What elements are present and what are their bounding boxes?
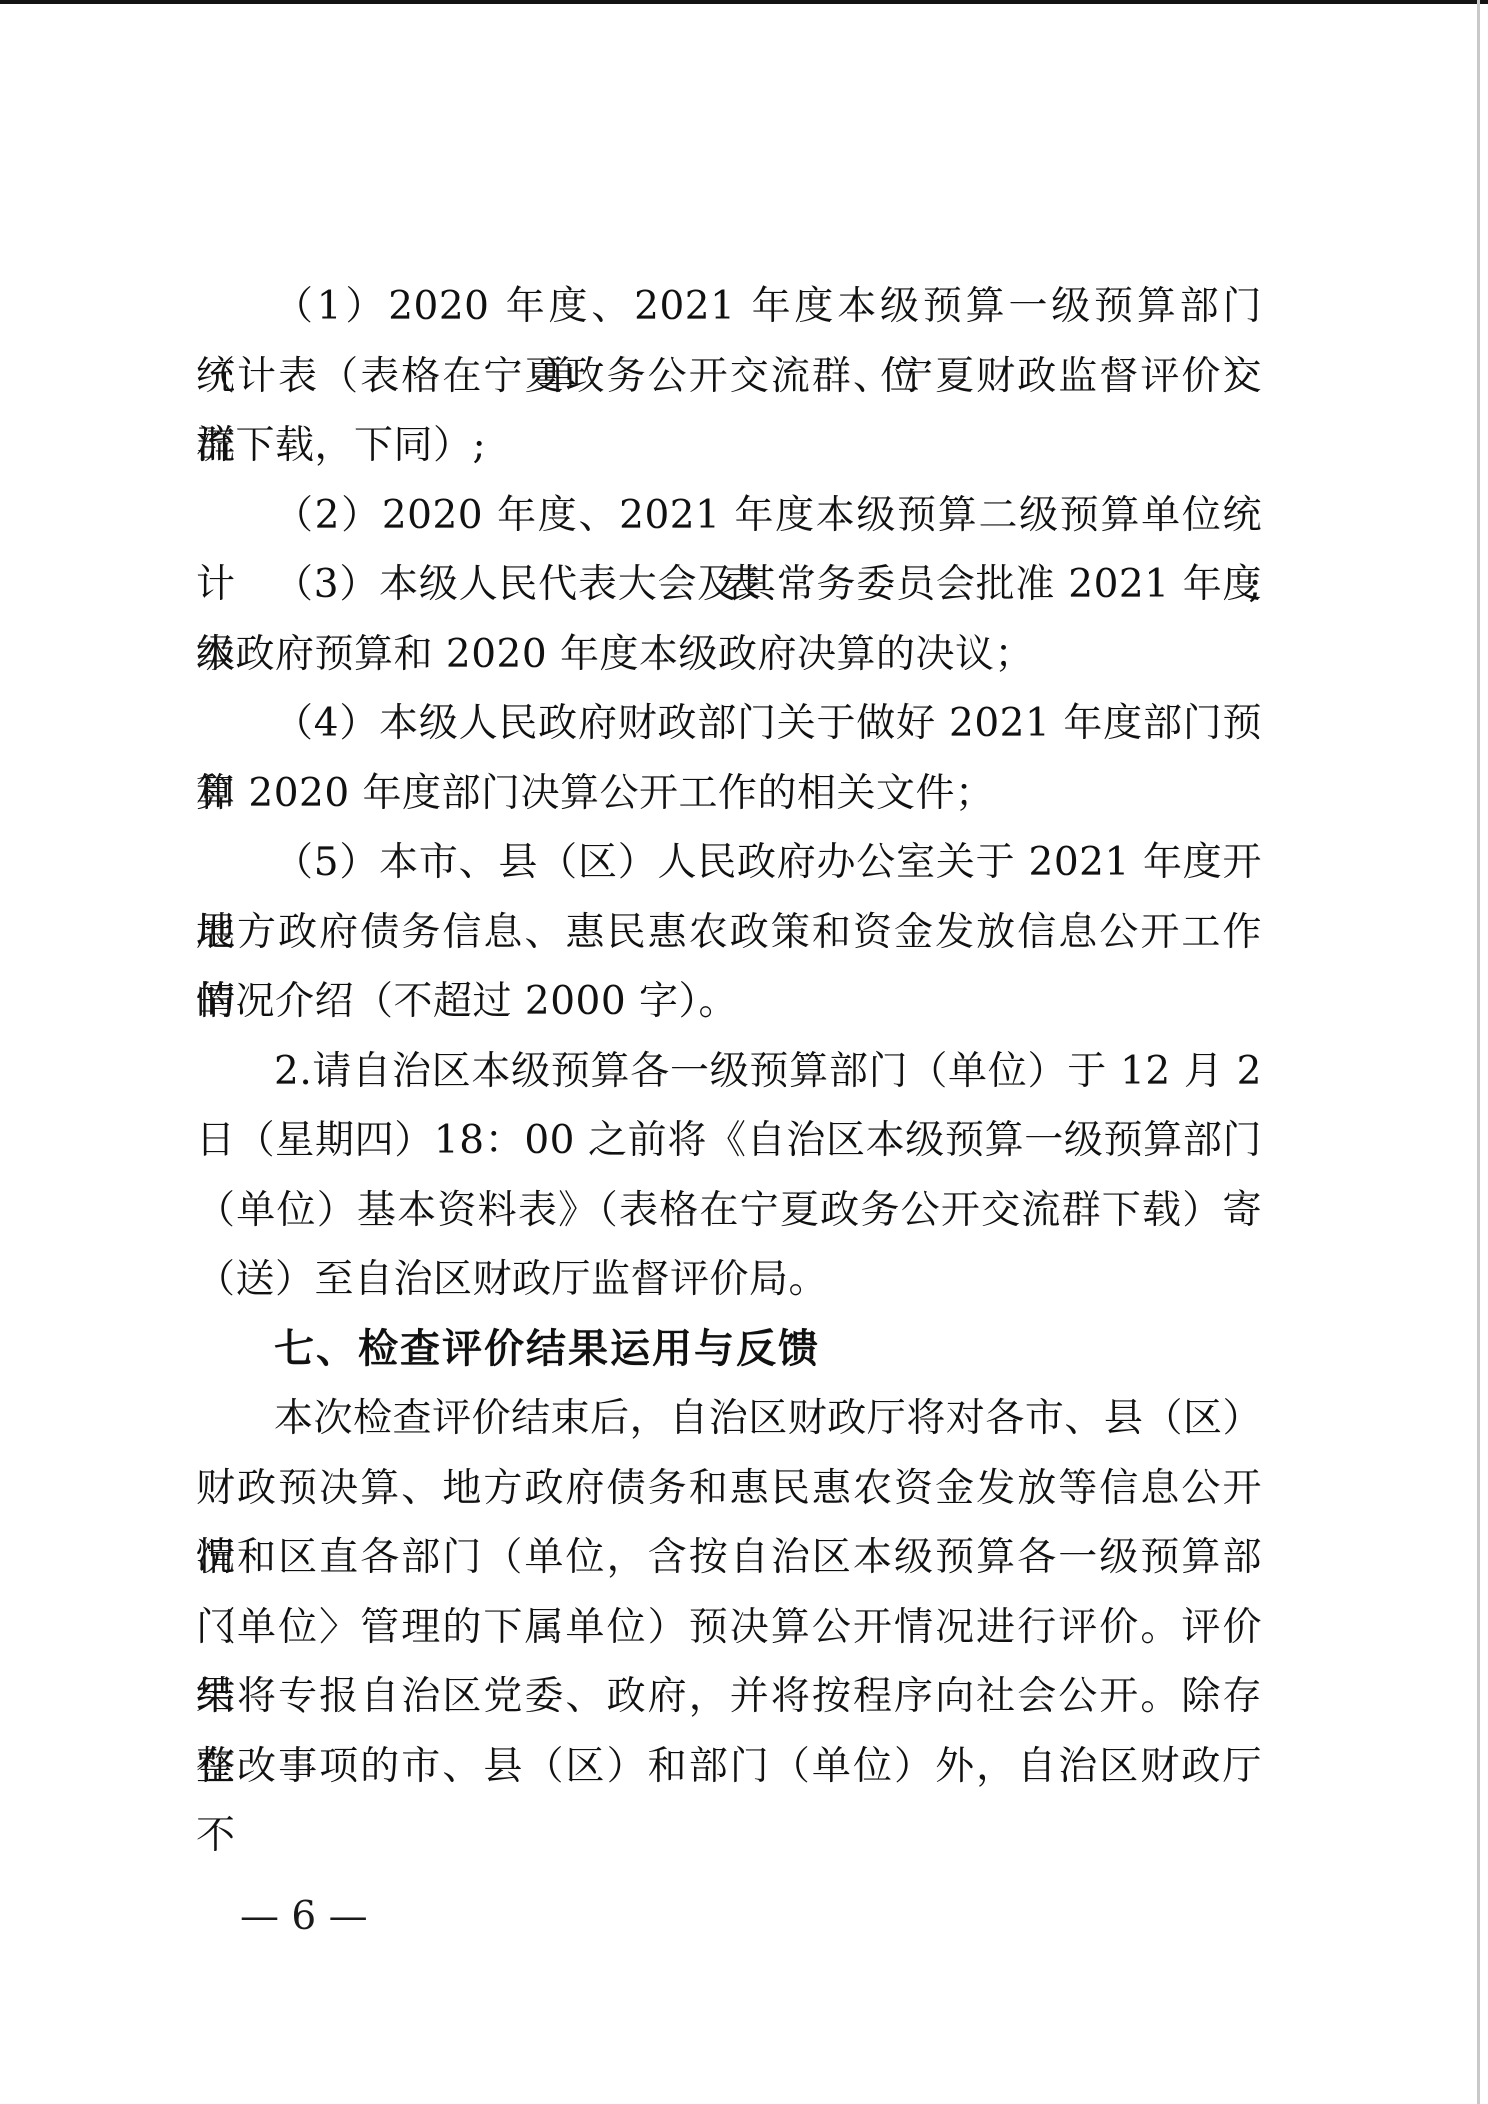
text-line: 整改事项的市、县（区）和部门（单位）外，自治区财政厅不 (196, 1732, 1262, 1802)
page-footer: — 6 — (240, 1894, 368, 1940)
text-line: 情况介绍（不超过 2000 字）。 (196, 967, 1262, 1037)
text-line: 果将专报自治区党委、政府，并将按程序向社会公开。除存在 (196, 1662, 1262, 1732)
text-line: 本次检查评价结束后，自治区财政厅将对各市、县（区） (196, 1384, 1262, 1454)
document-page: （1）2020 年度、2021 年度本级预算一级预算部门（单位）统计表（表格在宁… (0, 0, 1488, 2104)
text-line: 财政预决算、地方政府债务和惠民惠农资金发放等信息公开情 (196, 1454, 1262, 1524)
text-line: 和 2020 年度部门决算公开工作的相关文件； (196, 759, 1262, 829)
text-line: 地方政府债务信息、惠民惠农政策和资金发放信息公开工作的 (196, 898, 1262, 968)
page-right-edge-line (1477, 0, 1480, 2104)
text-line: （2）2020 年度、2021 年度本级预算二级预算单位统计表; (196, 481, 1262, 551)
text-line: （送）至自治区财政厅监督评价局。 (196, 1245, 1262, 1315)
text-line: 统计表（表格在宁夏政务公开交流群、宁夏财政监督评价交流 (196, 342, 1262, 412)
text-line: 级政府预算和 2020 年度本级政府决算的决议； (196, 620, 1262, 690)
text-line: （1）2020 年度、2021 年度本级预算一级预算部门（单位） (196, 272, 1262, 342)
page-top-edge-line (0, 0, 1488, 4)
text-line: 〈单位〉管理的下属单位）预决算公开情况进行评价。评价结 (196, 1593, 1262, 1663)
text-line: （4）本级人民政府财政部门关于做好 2021 年度部门预算 (196, 689, 1262, 759)
text-line: 日（星期四）18：00 之前将《自治区本级预算一级预算部门 (196, 1106, 1262, 1176)
section-heading: 七、检查评价结果运用与反馈 (196, 1315, 1262, 1385)
text-line: （3）本级人民代表大会及其常务委员会批准 2021 年度本 (196, 550, 1262, 620)
text-line: 群下载，下同）; (196, 411, 1262, 481)
text-line: （5）本市、县（区）人民政府办公室关于 2021 年度开展 (196, 828, 1262, 898)
text-line: 2.请自治区本级预算各一级预算部门（单位）于 12 月 2 (196, 1037, 1262, 1107)
document-body: （1）2020 年度、2021 年度本级预算一级预算部门（单位）统计表（表格在宁… (196, 272, 1262, 1801)
text-line: （单位）基本资料表》（表格在宁夏政务公开交流群下载）寄 (196, 1176, 1262, 1246)
text-line: 况和区直各部门（单位，含按自治区本级预算各一级预算部门 (196, 1523, 1262, 1593)
page-number: — 6 — (240, 1894, 368, 1939)
